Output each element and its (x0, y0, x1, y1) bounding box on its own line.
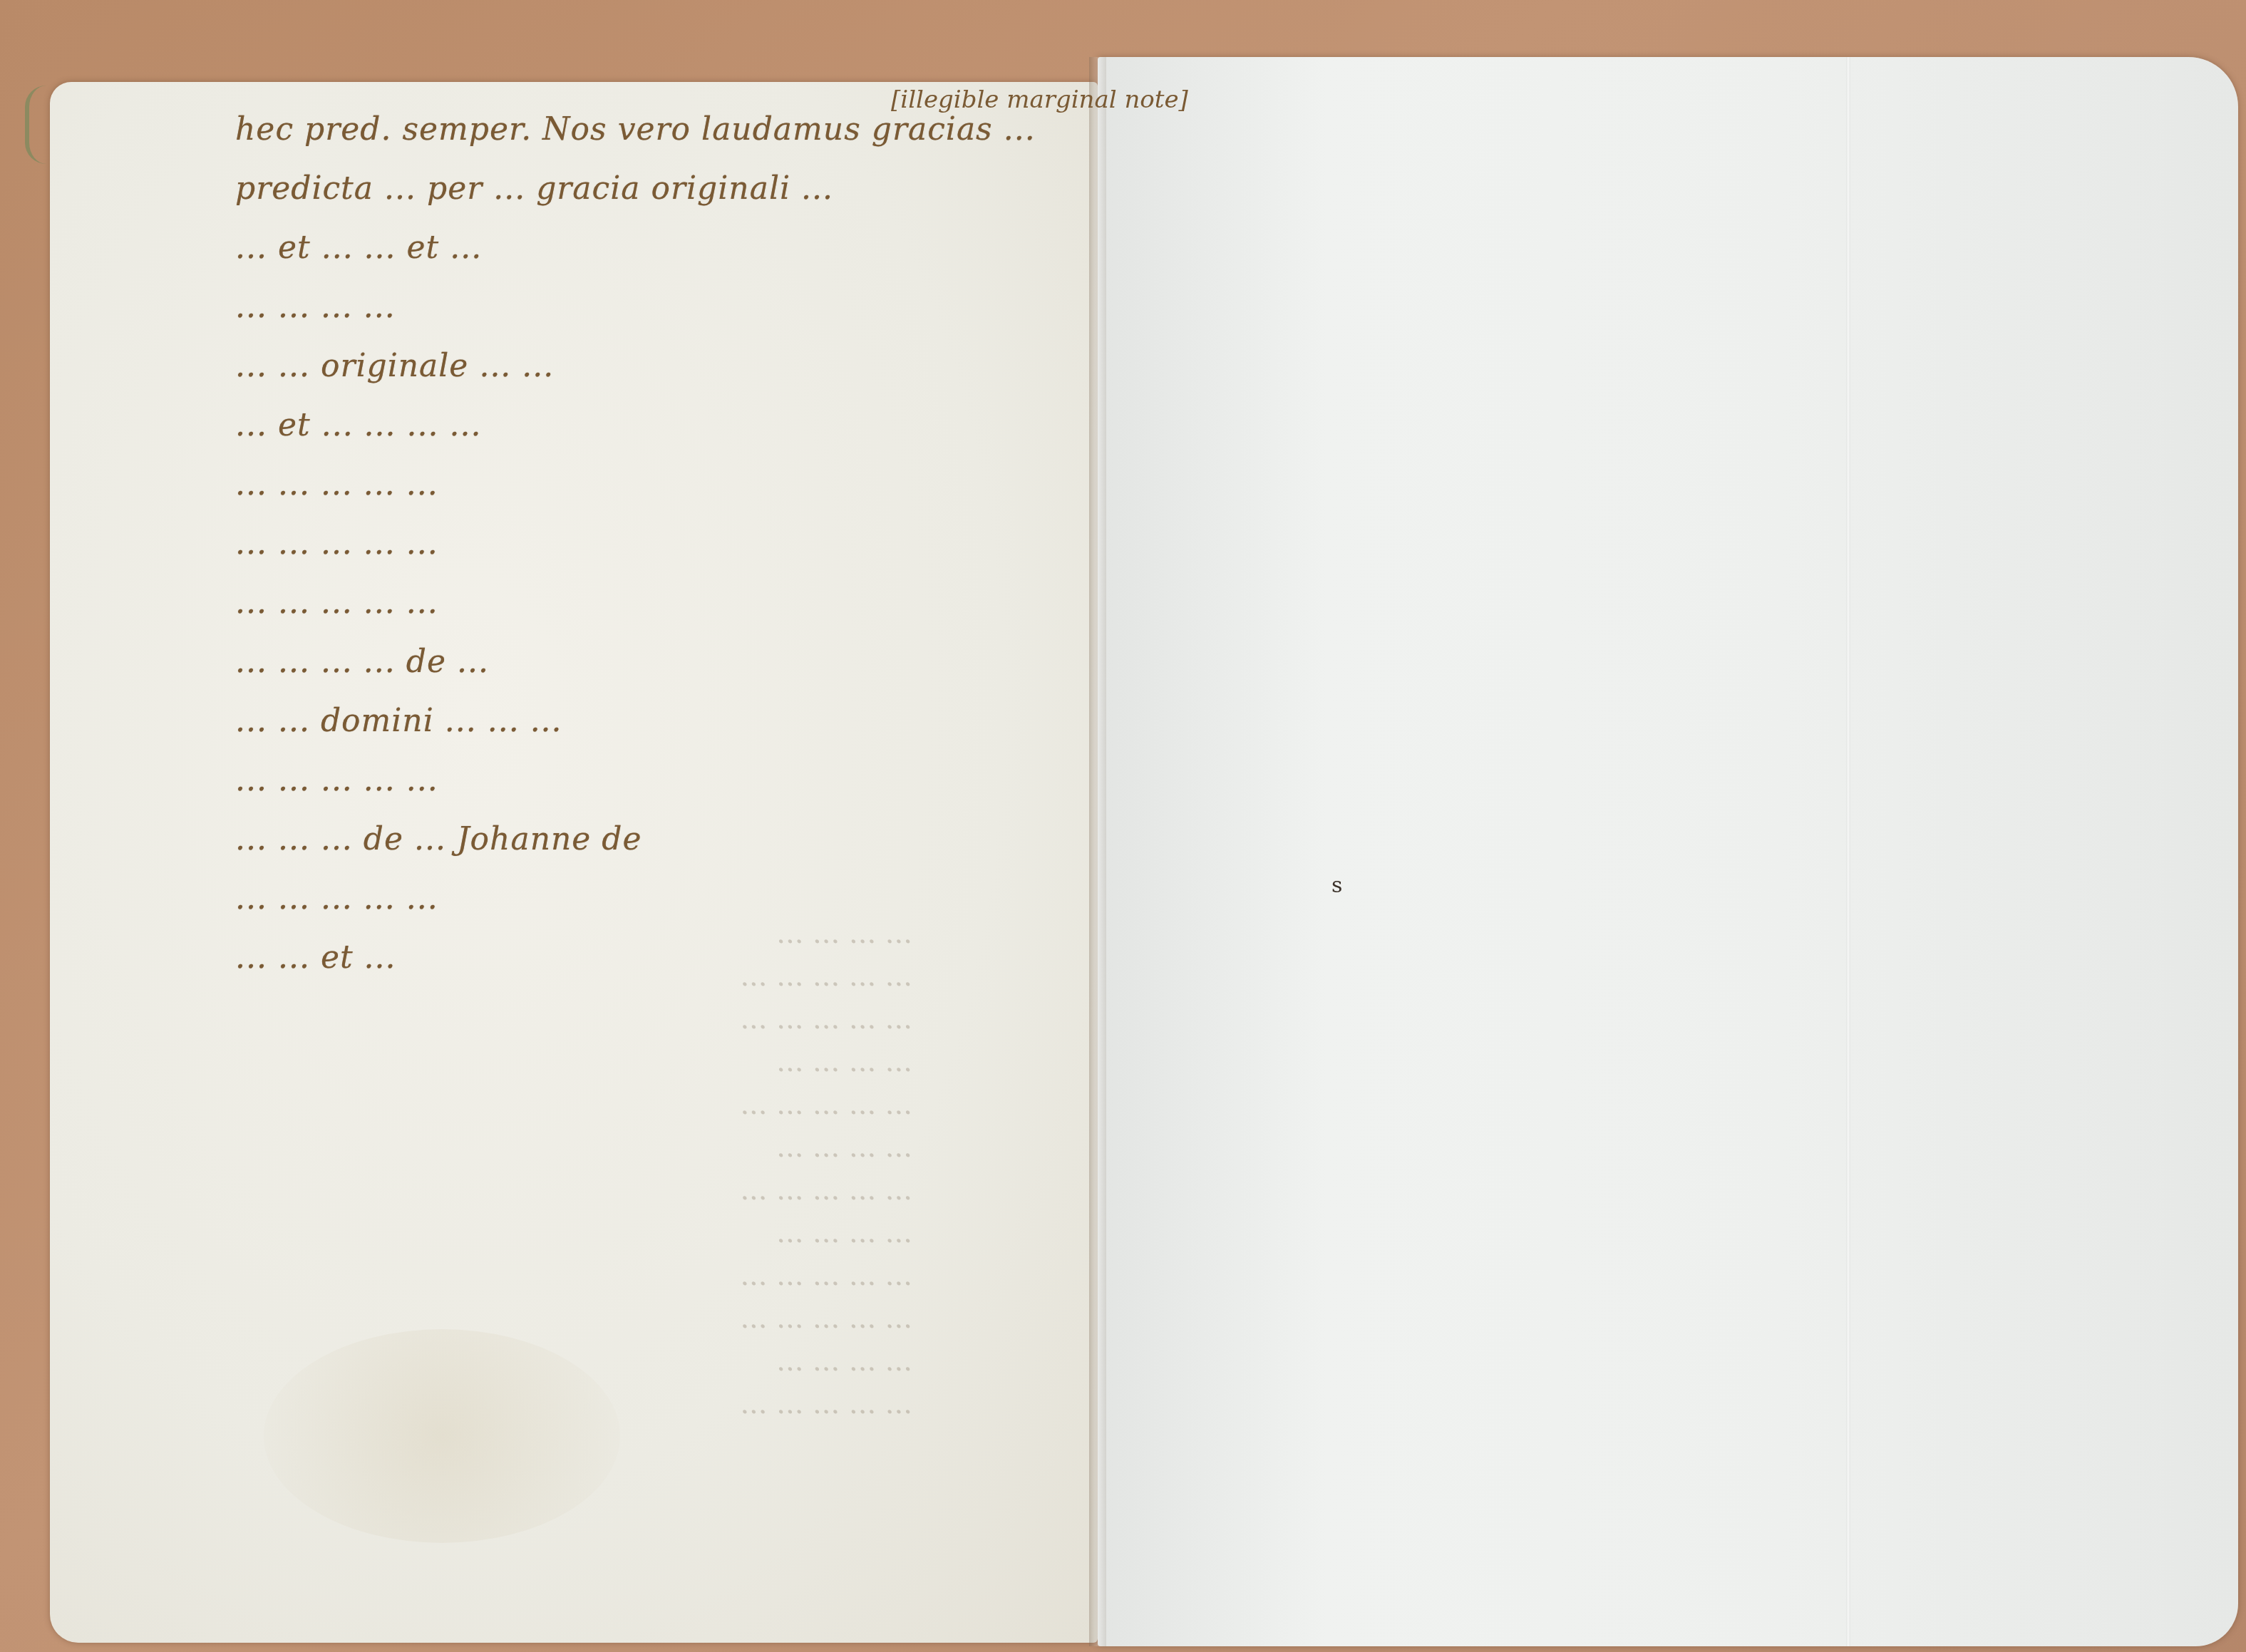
bleed-line: ... ... ... ... (164, 1041, 912, 1083)
bleed-line: ... ... ... ... (164, 1212, 912, 1254)
text-line: ... ... ... ... ... (235, 514, 1076, 573)
gutter (1089, 57, 1106, 1646)
text-line: ... ... ... ... (235, 277, 1076, 336)
bleed-line: ... ... ... ... (164, 912, 912, 955)
bleed-line: ... ... ... ... ... (164, 1297, 912, 1340)
bleed-line: ... ... ... ... (164, 1340, 912, 1383)
text-line: ... et ... ... et ... (235, 218, 1076, 277)
text-line: ... ... ... ... ... (235, 750, 1076, 810)
text-line: ... ... ... ... de ... (235, 632, 1076, 691)
bleed-line: ... ... ... ... ... (164, 1083, 912, 1126)
bleed-through-text: ... ... ... ... ... ... ... ... ... ... … (164, 912, 912, 1425)
text-line: hec pred. semper. Nos vero laudamus grac… (235, 100, 1076, 159)
fold-crease (1846, 57, 1850, 1646)
text-line: ... ... originale ... ... (235, 336, 1076, 396)
bleed-line: ... ... ... ... ... (164, 955, 912, 998)
right-page (1098, 57, 2238, 1646)
bleed-line: ... ... ... ... ... (164, 1254, 912, 1297)
text-line: ... et ... ... ... ... (235, 396, 1076, 455)
bleed-line: ... ... ... ... (164, 1126, 912, 1169)
bleed-line: ... ... ... ... ... (164, 1169, 912, 1212)
text-line: ... ... domini ... ... ... (235, 691, 1076, 750)
binding-thread (25, 86, 72, 164)
text-line: predicta ... per ... gracia originali ..… (235, 159, 1076, 218)
bleed-line: ... ... ... ... ... (164, 1383, 912, 1425)
text-line: ... ... ... de ... Johanne de (235, 810, 1076, 869)
bleed-line: ... ... ... ... ... (164, 998, 912, 1041)
manuscript-text: hec pred. semper. Nos vero laudamus grac… (235, 100, 1076, 987)
text-line: ... ... ... ... ... (235, 455, 1076, 514)
ink-mark: s (1331, 873, 1342, 898)
text-line: ... ... ... ... ... (235, 573, 1076, 632)
